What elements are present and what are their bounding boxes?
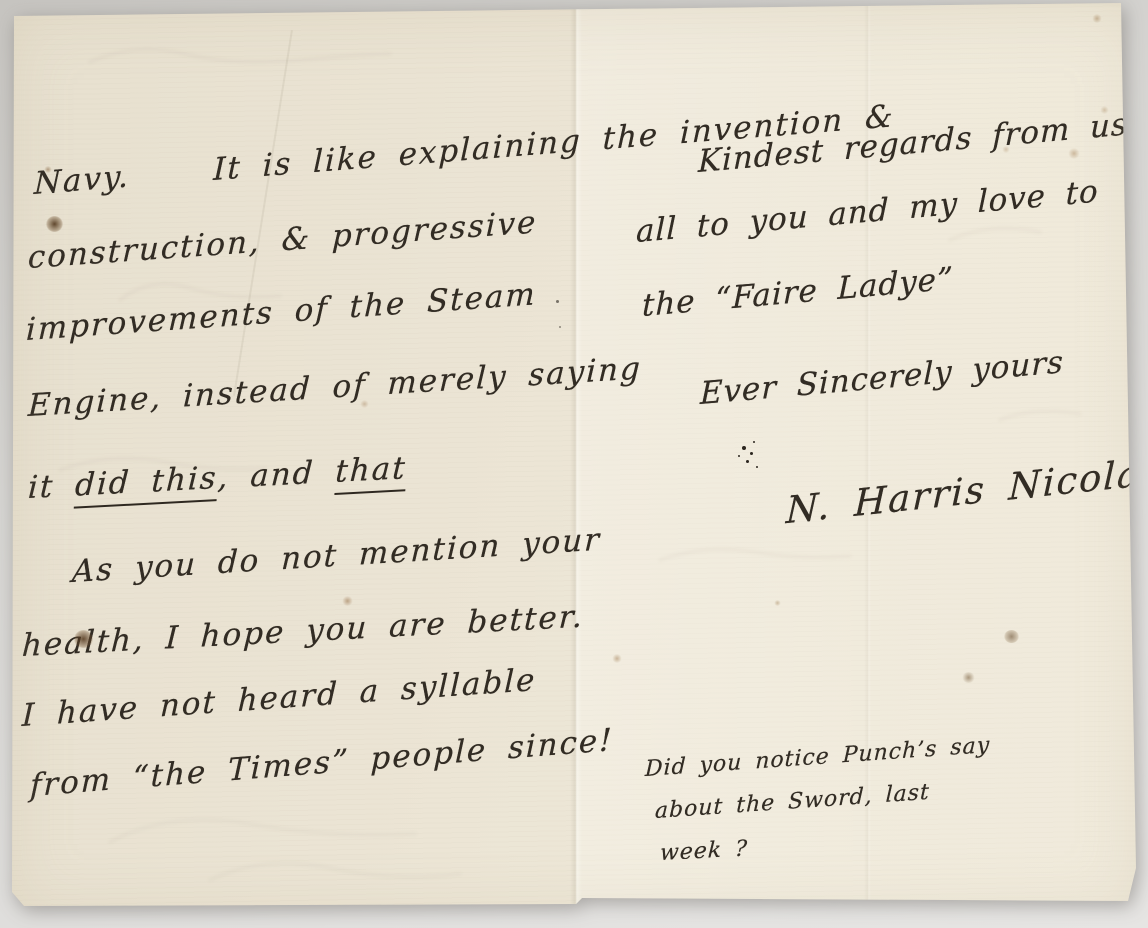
ink-spatter-dot bbox=[738, 455, 740, 457]
right-page-crease bbox=[864, 0, 871, 928]
foxing-spot bbox=[962, 672, 975, 683]
letter-photograph: Navy. It is like explaining the inventio… bbox=[0, 0, 1148, 928]
handwritten-line: health, I hope you are better. bbox=[21, 600, 585, 662]
text-segment: it bbox=[27, 467, 76, 506]
handwritten-line: improvements of the Steam bbox=[25, 278, 537, 346]
left-page-crease bbox=[233, 30, 293, 396]
ink-spatter-dot bbox=[753, 441, 755, 443]
ink-spatter-dot bbox=[559, 326, 561, 328]
signature: N. Harris Nicolas bbox=[785, 452, 1148, 531]
ink-spatter-dot bbox=[556, 300, 559, 303]
handwritten-line: As you do not mention your bbox=[71, 524, 601, 589]
text-segment: , and bbox=[217, 454, 337, 496]
ink-spatter-dot bbox=[742, 446, 746, 450]
foxing-spot bbox=[1100, 106, 1109, 114]
center-fold-crease bbox=[570, 0, 582, 928]
ink-spatter-dot bbox=[746, 460, 749, 463]
handwritten-line: the “Faire Ladye” bbox=[642, 263, 954, 323]
foxing-spot bbox=[1002, 146, 1010, 153]
foxing-spot bbox=[1004, 630, 1019, 643]
underlined-text: that bbox=[334, 450, 407, 495]
show-through-writing bbox=[0, 0, 1148, 928]
postscript-line: about the Sword, last bbox=[655, 781, 931, 823]
handwritten-line: all to you and my love to bbox=[636, 175, 1099, 248]
letter-paper: Navy. It is like explaining the inventio… bbox=[0, 0, 1148, 928]
foxing-spot bbox=[74, 630, 93, 648]
right-leaf-tone bbox=[576, 0, 1148, 928]
ink-spatter-dot bbox=[756, 466, 758, 468]
foxing-spot bbox=[360, 400, 369, 408]
paper-shadow-wrap: Navy. It is like explaining the inventio… bbox=[0, 0, 1148, 928]
handwritten-line-emphasis: it did this, and that bbox=[27, 452, 407, 505]
ink-spatter-dot bbox=[750, 452, 753, 455]
handwritten-line: construction, & progressive bbox=[27, 206, 537, 274]
foxing-spot bbox=[46, 216, 63, 232]
postscript-line: Did you notice Punch’s say bbox=[645, 734, 991, 781]
valediction-line: Ever Sincerely yours bbox=[700, 346, 1064, 411]
handwritten-line: I have not heard a syllable bbox=[21, 664, 537, 733]
underlined-text: did this bbox=[74, 460, 219, 509]
handwritten-line: Engine, instead of merely saying bbox=[27, 352, 642, 422]
handwritten-line: Kindest regards from us bbox=[698, 108, 1128, 178]
foxing-spot bbox=[44, 166, 52, 173]
foxing-spot bbox=[612, 654, 622, 663]
foxing-spot bbox=[774, 600, 781, 606]
handwritten-line: Navy. It is like explaining the inventio… bbox=[34, 100, 895, 200]
postscript-line: week ? bbox=[659, 837, 748, 865]
foxing-spot bbox=[342, 596, 353, 606]
foxing-spot bbox=[1092, 14, 1102, 23]
handwritten-line: from “the Times” people since! bbox=[30, 724, 614, 803]
foxing-spot bbox=[1068, 148, 1080, 159]
